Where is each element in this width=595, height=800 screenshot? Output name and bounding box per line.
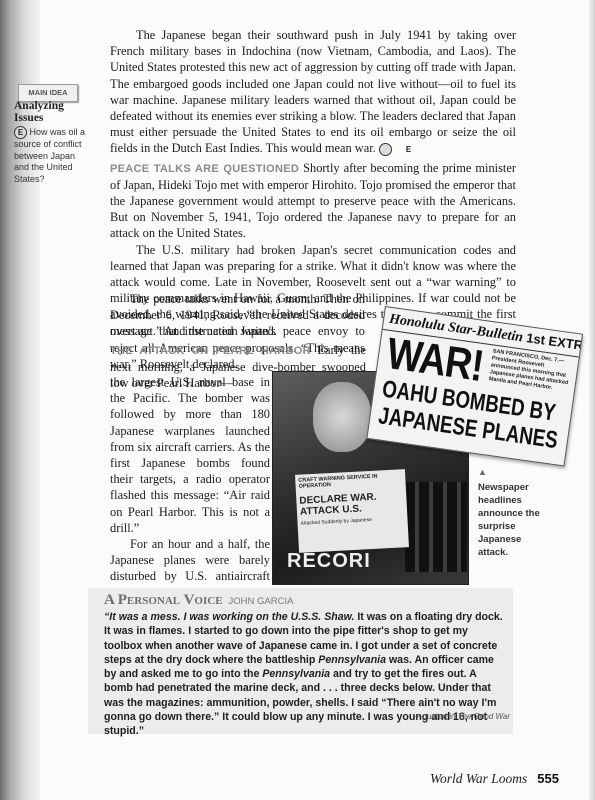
- personal-voice-speaker: JOHN GARCIA: [229, 596, 294, 607]
- newspaper-dispatch: SAN FRANCISCO, Dec. 7.—President Rooseve…: [488, 348, 574, 394]
- marker-e-icon: E: [379, 143, 392, 156]
- newsboy-sign: CRAFT WARNING SERVICE IN OPERATION DECLA…: [295, 469, 409, 553]
- newsboy-face: [313, 382, 371, 452]
- chapter-title: World War Looms: [430, 771, 527, 786]
- shoe-display: [405, 482, 467, 572]
- newspaper-clipping: Honolulu Star-Bulletin 1st EXTRA WAR! SA…: [366, 306, 583, 467]
- page-footer: World War Looms555: [430, 771, 559, 787]
- page-number: 555: [537, 771, 559, 786]
- section-heading-attack: THE ATTACK ON PEARL HARBOR: [110, 345, 311, 357]
- sidebar-heading: Analyzing Issues: [14, 100, 94, 124]
- paragraph-embargo: The Japanese began their southward push …: [110, 27, 516, 157]
- section-heading-peace: PEACE TALKS ARE QUESTIONED: [110, 163, 299, 175]
- page-edge: [589, 0, 595, 800]
- triangle-up-icon: ▲: [478, 466, 540, 479]
- sidebar-question: E How was oil a source of conflict betwe…: [14, 126, 92, 185]
- paragraph-peace-talks: PEACE TALKS ARE QUESTIONED Shortly after…: [110, 160, 516, 242]
- marker-e-icon: E: [14, 126, 27, 139]
- photo-caption: ▲ Newspaper headlines announce the surpr…: [478, 466, 540, 559]
- personal-voice-title: A Personal VoiceJOHN GARCIA: [104, 592, 293, 609]
- quote-source: —quoted in The Good War: [380, 712, 510, 721]
- sweater-lettering: RECORI: [287, 550, 371, 573]
